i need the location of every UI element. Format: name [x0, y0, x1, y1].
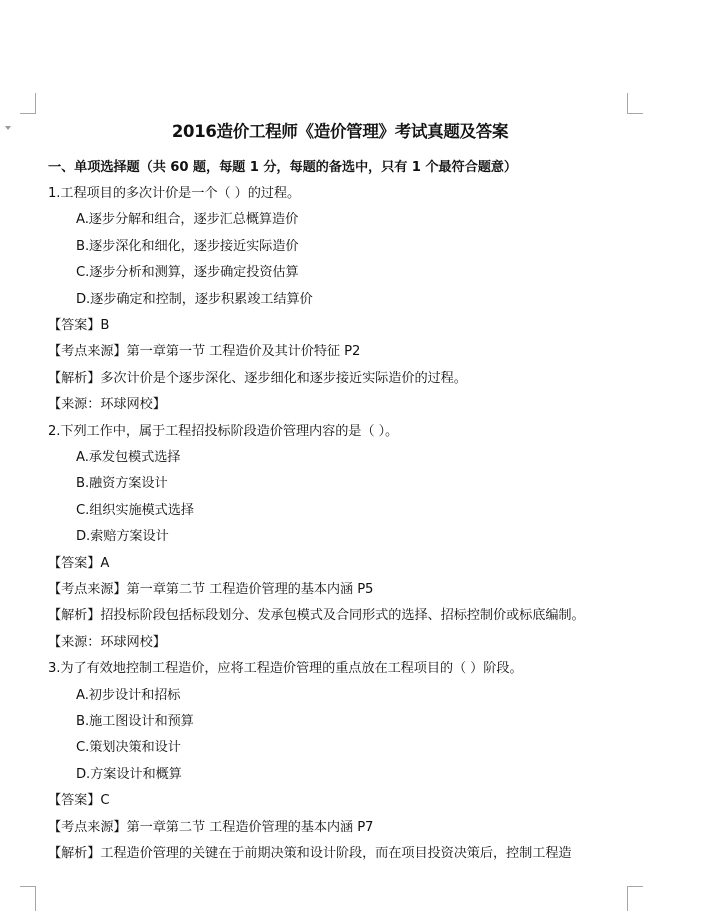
- question-3-answer: 【答案】C: [48, 789, 109, 808]
- question-1-option-d: D.逐步确定和控制，逐步积累竣工结算价: [76, 288, 313, 307]
- question-2-origin: 【来源：环球网校】: [48, 631, 166, 650]
- question-3-option-b: B.施工图设计和预算: [76, 710, 194, 729]
- section-heading: 一、单项选择题（共 60 题，每题 1 分，每题的备选中，只有 1 个最符合题意…: [48, 156, 517, 175]
- page-corner-bottom-right: [627, 886, 643, 911]
- question-2-analysis: 【解析】招投标阶段包括标段划分、发承包模式及合同形式的选择、招标控制价或标底编制…: [48, 604, 585, 623]
- question-3-analysis: 【解析】工程造价管理的关键在于前期决策和设计阶段，而在项目投资决策后，控制工程造: [48, 842, 572, 861]
- question-1-option-c: C.逐步分析和测算，逐步确定投资估算: [76, 261, 299, 280]
- question-1-option-b: B.逐步深化和细化，逐步接近实际造价: [76, 235, 298, 254]
- question-1-stem: 1.工程项目的多次计价是一个（ ）的过程。: [48, 182, 300, 201]
- question-3-option-a: A.初步设计和招标: [76, 684, 180, 703]
- question-3-option-c: C.策划决策和设计: [76, 736, 181, 755]
- question-3-stem: 3.为了有效地控制工程造价，应将工程造价管理的重点放在工程项目的（ ）阶段。: [48, 657, 523, 676]
- question-1-origin: 【来源：环球网校】: [48, 393, 166, 412]
- question-1-option-a: A.逐步分解和组合，逐步汇总概算造价: [76, 208, 298, 227]
- page-corner-top-left: [20, 93, 36, 114]
- question-1-answer: 【答案】B: [48, 314, 109, 333]
- question-2-option-c: C.组织实施模式选择: [76, 499, 194, 518]
- question-2-stem: 2.下列工作中，属于工程招投标阶段造价管理内容的是（ ）。: [48, 420, 398, 439]
- question-2-option-d: D.索赔方案设计: [76, 525, 169, 544]
- question-2-answer: 【答案】A: [48, 552, 109, 571]
- document-title: 2016造价工程师《造价管理》考试真题及答案: [0, 118, 680, 142]
- page-corner-top-right: [627, 93, 643, 114]
- page-corner-bottom-left: [20, 886, 36, 911]
- question-2-option-b: B.融资方案设计: [76, 472, 168, 491]
- question-1-analysis: 【解析】多次计价是个逐步深化、逐步细化和逐步接近实际造价的过程。: [48, 367, 467, 386]
- question-1-source-point: 【考点来源】第一章第一节 工程造价及其计价特征 P2: [48, 340, 360, 359]
- question-3-option-d: D.方案设计和概算: [76, 763, 182, 782]
- question-2-source-point: 【考点来源】第一章第二节 工程造价管理的基本内涵 P5: [48, 578, 373, 597]
- question-2-option-a: A.承发包模式选择: [76, 446, 180, 465]
- question-3-source-point: 【考点来源】第一章第二节 工程造价管理的基本内涵 P7: [48, 816, 373, 835]
